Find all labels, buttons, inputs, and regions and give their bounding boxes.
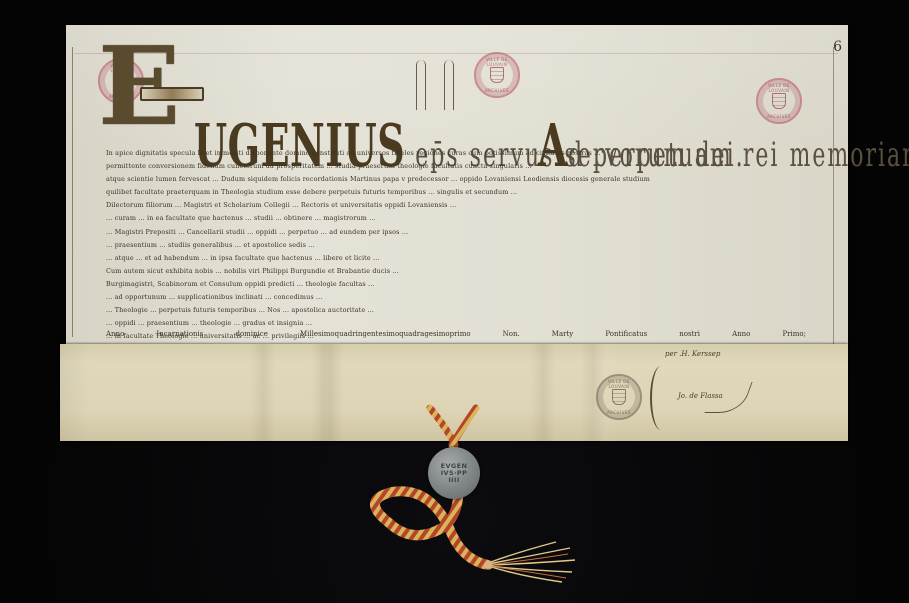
text-line: ... Magistri Prepositi ... Cancellarii s… [106, 226, 826, 239]
text-line: Dilectorum filiorum ... Magistri et Scho… [106, 199, 826, 212]
registry-note: per .H. Kerssep [665, 350, 720, 358]
ascender-flourish [416, 60, 426, 110]
signature-flourish [704, 382, 752, 413]
dating-word: Millesimoquadringentesimoquadragesimopri… [300, 330, 471, 342]
text-line: In apice dignitatis specula licet immeri… [106, 147, 826, 160]
shield-icon [772, 93, 786, 109]
scribe-flourish [650, 366, 672, 430]
text-line: ... atque ... et ad habendum ... in ipsa… [106, 252, 826, 265]
text-line: Burgimagistri, Scabinorum et Consulum op… [106, 278, 826, 291]
dating-clause: Anno Incarnationis dominice Millesimoqua… [106, 330, 806, 342]
text-line: ... oppidi ... praesentium ... theologie… [106, 317, 826, 330]
seal-line: IIII [448, 477, 459, 484]
stamp-ring-text: ARCHIVES [598, 410, 640, 415]
text-line: ... ad opportunum ... supplicationibus i… [106, 291, 826, 304]
stamp-ring-text: VILLE DE LOUVAIN [758, 83, 800, 93]
archive-stamp-plica: VILLE DE LOUVAIN ARCHIVES [596, 374, 642, 420]
dating-word: Incarnationis [156, 330, 203, 342]
text-line: ... praesentium ... studiis generalibus … [106, 239, 826, 252]
text-line: Cum autem sicut exhibita nobis ... nobil… [106, 265, 826, 278]
dating-word: Marty [552, 330, 573, 342]
dating-word: Anno [106, 330, 124, 342]
corner-number-mark: 6 [833, 39, 842, 55]
ascender-flourish [444, 60, 454, 110]
fold-crease [250, 344, 276, 441]
text-line: ... Theologie ... perpetuis futuris temp… [106, 304, 826, 317]
text-line: quilibet facultate praeterquam in Theolo… [106, 186, 826, 199]
left-ruling-line [72, 47, 73, 337]
tassel [488, 542, 575, 582]
text-line: permittente conversionem fidelium cuncto… [106, 160, 826, 173]
dating-word: nostri [679, 330, 700, 342]
stamp-ring-text: VILLE DE LOUVAIN [598, 379, 640, 389]
dating-word: Primo; [782, 330, 806, 342]
dating-word: dominice [235, 330, 267, 342]
silk-cord [330, 400, 600, 600]
bull-heading: E UGENIUS ep̄s servus servorum dei. Ad p… [98, 32, 748, 142]
initial-ornament [140, 87, 204, 101]
text-line: ... curam ... in ea facultate que hacten… [106, 212, 826, 225]
bull-body-text: In apice dignitatis specula licet immeri… [106, 147, 826, 343]
shield-icon [612, 389, 626, 405]
right-ruling-line [833, 47, 834, 347]
text-line: atque scientie lumen fervescat ... Dudum… [106, 173, 826, 186]
dating-word: Pontificatus [605, 330, 647, 342]
dating-word: Non. [503, 330, 520, 342]
lead-seal-bulla: EVGEN IVS·PP IIII [428, 447, 480, 499]
dating-word: Anno [732, 330, 750, 342]
